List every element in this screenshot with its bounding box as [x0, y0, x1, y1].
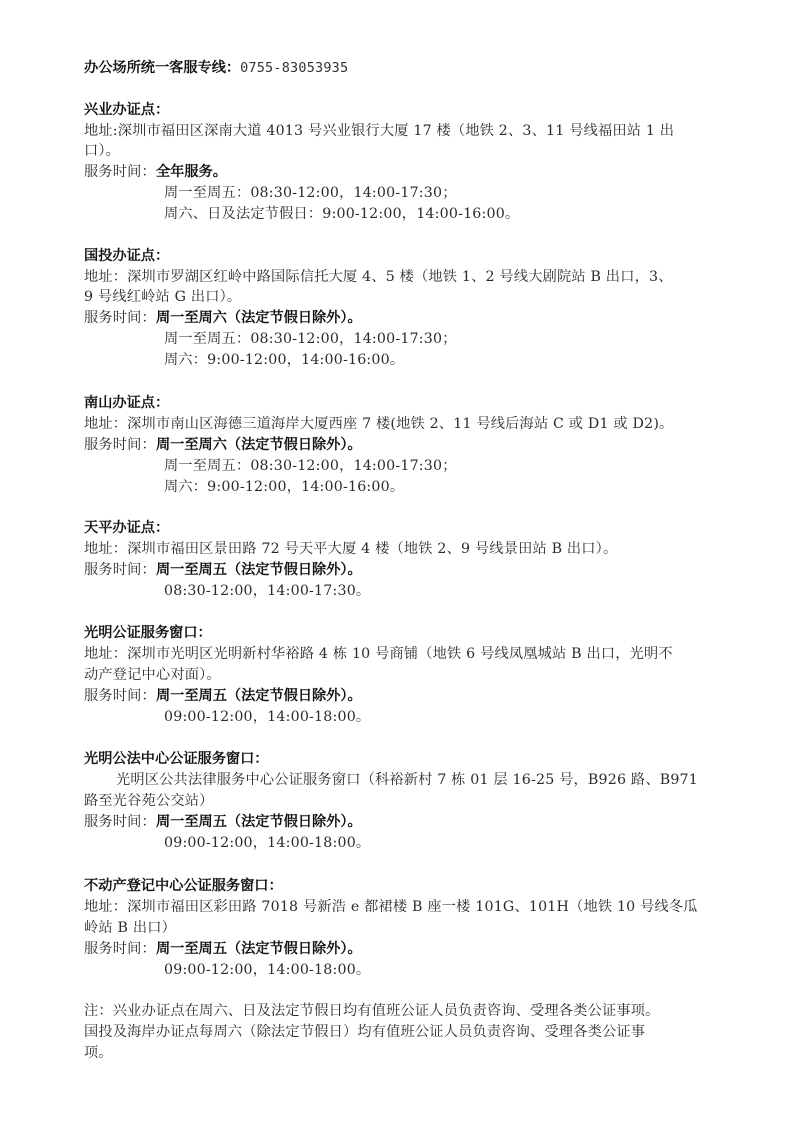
hours-detail: 周一至周五：08:30-12:00，14:00-17:30； — [164, 329, 457, 349]
hours-label: 服务时间： — [84, 941, 156, 957]
hours-label: 服务时间： — [84, 562, 156, 578]
hours-summary: 周一至周五（法定节假日除外）。 — [156, 688, 362, 704]
office-address-line: 地址：深圳市福田区彩田路 7018 号新浩 e 都裙楼 B 座一楼 101G、1… — [84, 897, 698, 917]
office-hours-row: 服务时间：周一至周六（法定节假日除外）。 — [84, 435, 362, 455]
hours-label: 服务时间： — [84, 164, 156, 180]
office-title: 光明公法中心公证服务窗口： — [84, 749, 268, 769]
hours-detail: 周六：9:00-12:00，14:00-16:00。 — [164, 350, 404, 370]
office-address-line: 地址：深圳市福田区景田路 72 号天平大厦 4 楼（地铁 2、9 号线景田站 B… — [84, 539, 617, 559]
hours-label: 服务时间： — [84, 814, 156, 830]
hours-detail: 09:00-12:00，14:00-18:00。 — [164, 707, 370, 727]
office-title: 国投办证点： — [84, 246, 169, 266]
office-address-line: 9 号线红岭站 G 出口）。 — [84, 287, 241, 307]
hours-summary: 周一至周六（法定节假日除外）。 — [156, 437, 362, 453]
hours-summary: 周一至周五（法定节假日除外）。 — [156, 814, 362, 830]
office-address-line: 口）。 — [84, 141, 120, 161]
hours-summary: 周一至周六（法定节假日除外）。 — [156, 310, 362, 326]
hours-detail: 周一至周五：08:30-12:00，14:00-17:30； — [164, 183, 457, 203]
hours-label: 服务时间： — [84, 437, 156, 453]
office-hours-row: 服务时间：全年服务。 — [84, 162, 227, 182]
office-address-line: 地址:深圳市福田区深南大道 4013 号兴业银行大厦 17 楼（地铁 2、3、1… — [84, 121, 674, 141]
hours-label: 服务时间： — [84, 310, 156, 326]
office-address-line: 路至光谷苑公交站） — [84, 791, 214, 811]
hours-summary: 全年服务。 — [156, 164, 227, 180]
office-address-line: 动产登记中心对面）。 — [84, 665, 221, 685]
office-title: 天平办证点： — [84, 518, 169, 538]
office-title: 南山办证点： — [84, 393, 169, 413]
office-hours-row: 服务时间：周一至周五（法定节假日除外）。 — [84, 560, 362, 580]
office-address-line: 岭站 B 出口） — [84, 918, 176, 938]
office-hours-row: 服务时间：周一至周五（法定节假日除外）。 — [84, 939, 362, 959]
office-address-line: 地址：深圳市南山区海德三道海岸大厦西座 7 楼(地铁 2、11 号线后海站 C … — [84, 414, 673, 434]
hotline-label: 办公场所统一客服专线： — [84, 60, 240, 76]
hours-detail: 08:30-12:00，14:00-17:30。 — [164, 581, 370, 601]
office-title: 光明公证服务窗口： — [84, 623, 212, 643]
hours-detail: 09:00-12:00，14:00-18:00。 — [164, 833, 370, 853]
hours-detail: 周六、日及法定节假日：9:00-12:00，14:00-16:00。 — [164, 204, 519, 224]
note-line: 国投及海岸办证点每周六（除法定节假日）均有值班公证人员负责咨询、受理各类公证事 — [84, 1022, 645, 1042]
hours-label: 服务时间： — [84, 688, 156, 704]
hours-summary: 周一至周五（法定节假日除外）。 — [156, 941, 362, 957]
hotline-row: 办公场所统一客服专线：0755-83053935 — [84, 58, 348, 78]
hours-detail: 周一至周五：08:30-12:00，14:00-17:30； — [164, 456, 457, 476]
office-title: 兴业办证点： — [84, 100, 169, 120]
note-line: 注：兴业办证点在周六、日及法定节假日均有值班公证人员负责咨询、受理各类公证事项。 — [84, 1001, 660, 1021]
office-hours-row: 服务时间：周一至周五（法定节假日除外）。 — [84, 686, 362, 706]
note-line: 项。 — [84, 1043, 113, 1063]
office-hours-row: 服务时间：周一至周六（法定节假日除外）。 — [84, 308, 362, 328]
office-title: 不动产登记中心公证服务窗口： — [84, 876, 283, 896]
office-hours-row: 服务时间：周一至周五（法定节假日除外）。 — [84, 812, 362, 832]
office-address-line: 地址：深圳市光明区光明新村华裕路 4 栋 10 号商铺（地铁 6 号线凤凰城站 … — [84, 644, 673, 664]
hotline-number: 0755-83053935 — [240, 60, 348, 76]
office-address-line: 地址：深圳市罗湖区红岭中路国际信托大厦 4、5 楼（地铁 1、2 号线大剧院站 … — [84, 267, 673, 287]
hours-detail: 周六：9:00-12:00，14:00-16:00。 — [164, 477, 404, 497]
hours-detail: 09:00-12:00，14:00-18:00。 — [164, 960, 370, 980]
office-address-line: 光明区公共法律服务中心公证服务窗口（科裕新村 7 栋 01 层 16-25 号，… — [116, 770, 698, 790]
hours-summary: 周一至周五（法定节假日除外）。 — [156, 562, 362, 578]
